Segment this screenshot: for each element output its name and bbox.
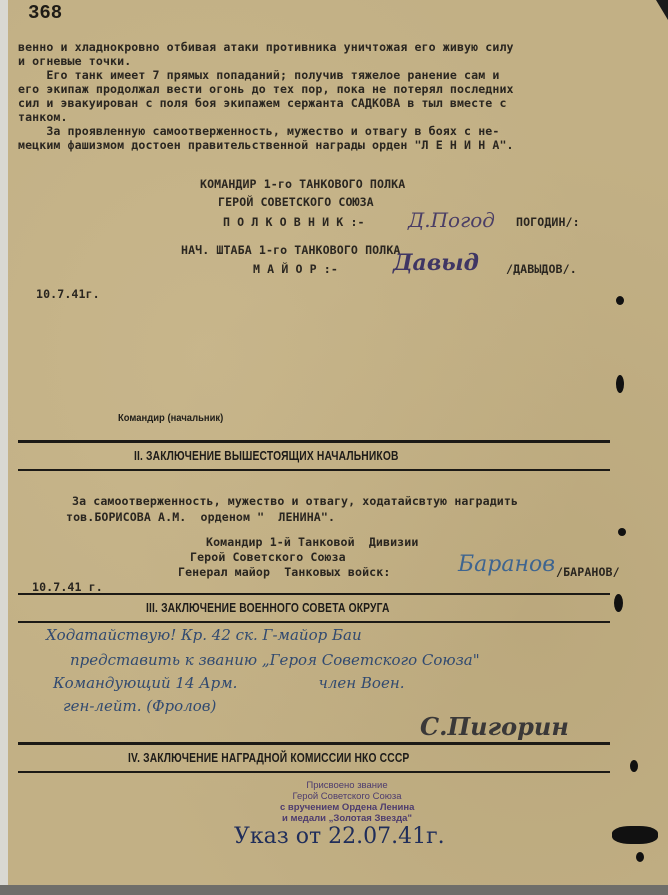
council-handwritten-line: Командующий 14 Арм. член Воен. — [53, 674, 404, 692]
corner-fold — [656, 0, 668, 20]
section3-bottom-rule — [18, 621, 610, 623]
intro-line: мецким фашизмом достоен правительственно… — [18, 138, 514, 152]
section2-text-line2: тов.БОРИСОВА А.М. орденом " ЛЕНИНА". — [66, 510, 335, 524]
division-commander-title: Командир 1-й Танковой Дивизии — [206, 535, 418, 549]
division-commander-hero: Герой Советского Союза — [190, 550, 346, 564]
council-handwritten-line: Ходатайствую! Кр. 42 ск. Г-майор Баи — [46, 626, 362, 644]
decree-handwritten: Указ от 22.07.41г. — [234, 824, 445, 849]
section2-bottom-rule — [18, 469, 610, 471]
punch-hole — [630, 760, 638, 772]
commander-rank: П О Л К О В Н И К :- — [223, 215, 365, 229]
section2-date: 10.7.41 г. — [32, 580, 103, 594]
division-commander-rank: Генерал майор Танковых войск: — [178, 565, 390, 579]
award-sheet-page: 368 венно и хладнокровно отбивая атаки п… — [8, 0, 668, 885]
council-handwritten-line: представить к званию „Героя Советского С… — [70, 651, 480, 669]
commander-signature: Д.Погод — [408, 208, 495, 232]
commander-title: КОМАНДИР 1-го ТАНКОВОГО ПОЛКА — [200, 177, 405, 191]
punch-hole — [616, 296, 624, 305]
award-stamp: Присвоено звание Герой Советского Союза … — [280, 780, 414, 824]
division-commander-signature: Баранов — [458, 552, 555, 577]
intro-line: и огневые точки. — [18, 54, 131, 68]
intro-line: За проявленную самоотверженность, мужест… — [18, 124, 499, 138]
intro-line: его экипаж продолжал вести огонь до тех … — [18, 82, 514, 96]
scan-bottom-edge — [0, 885, 668, 895]
commander-label: Командир (начальник) — [118, 412, 223, 424]
council-signature: С.Пигорин — [420, 712, 569, 741]
regiment-date: 10.7.41г. — [36, 287, 100, 301]
stamp-line: и медали „Золотая Звезда" — [280, 813, 414, 824]
chief-of-staff-signature: Давыд — [393, 250, 479, 276]
chief-of-staff-rank: М А Й О Р :- — [253, 262, 338, 276]
section2-top-rule — [18, 440, 610, 443]
punch-hole — [618, 528, 626, 536]
section4-bottom-rule — [18, 771, 610, 773]
commander-name: ПОГОДИН/: — [516, 215, 580, 229]
punch-hole — [636, 852, 644, 862]
intro-line: Его танк имеет 7 прямых попаданий; получ… — [18, 68, 499, 82]
division-commander-name: /БАРАНОВ/ — [556, 565, 620, 579]
section3-heading: III. ЗАКЛЮЧЕНИЕ ВОЕННОГО СОВЕТА ОКРУГА — [146, 600, 390, 615]
punch-hole — [614, 594, 623, 612]
chief-of-staff-title: НАЧ. ШТАБА 1-го ТАНКОВОГО ПОЛКА — [181, 243, 400, 257]
stamp-line: с вручением Ордена Ленина — [280, 802, 414, 813]
punch-hole — [612, 826, 658, 844]
stamp-line: Герой Советского Союза — [280, 791, 414, 802]
punch-hole — [616, 375, 624, 393]
council-handwritten-line: ген-лейт. (Фролов) — [63, 697, 216, 715]
intro-line: венно и хладнокровно отбивая атаки проти… — [18, 40, 514, 54]
chief-of-staff-name: /ДАВЫДОВ/. — [506, 262, 577, 276]
section3-top-rule — [18, 593, 610, 595]
commander-hero-title: ГЕРОЙ СОВЕТСКОГО СОЮЗА — [218, 195, 374, 209]
intro-line: сил и эвакуирован с поля боя экипажем се… — [18, 96, 507, 110]
section4-heading: IV. ЗАКЛЮЧЕНИЕ НАГРАДНОЙ КОМИССИИ НКО СС… — [128, 750, 409, 765]
section4-top-rule — [18, 742, 610, 745]
section2-heading: II. ЗАКЛЮЧЕНИЕ ВЫШЕСТОЯЩИХ НАЧАЛЬНИКОВ — [134, 448, 399, 463]
page-number: 368 — [28, 2, 62, 24]
section2-text-line1: За самоотверженность, мужество и отвагу,… — [72, 494, 518, 508]
stamp-line: Присвоено звание — [280, 780, 414, 791]
intro-line: танком. — [18, 110, 68, 124]
